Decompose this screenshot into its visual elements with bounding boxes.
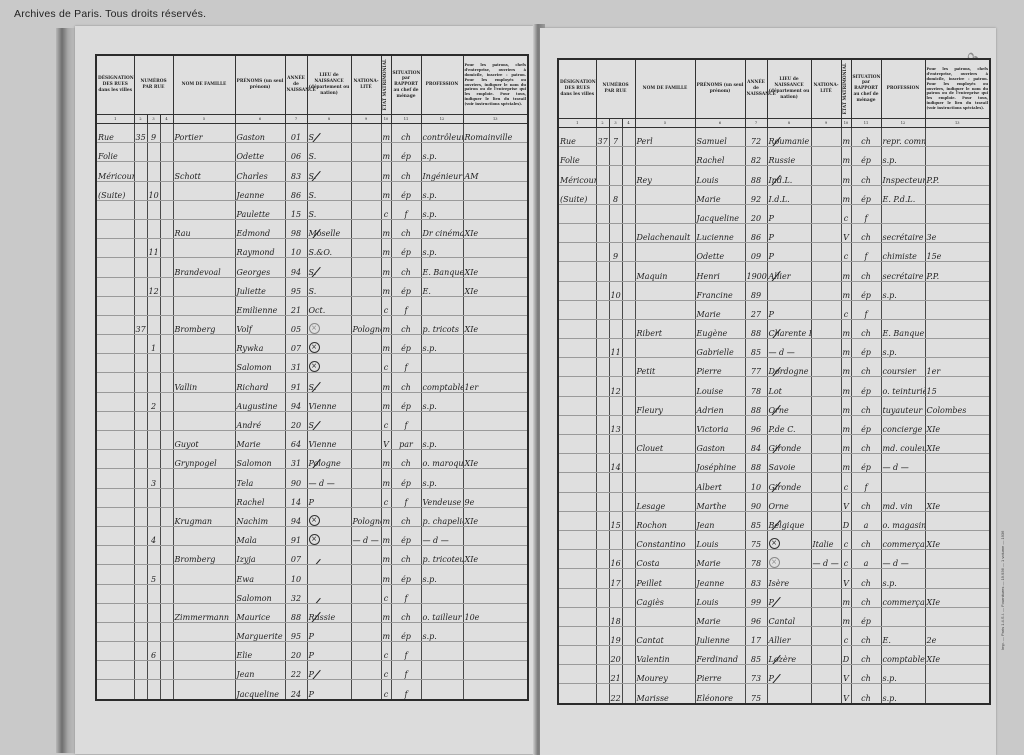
maison-number (596, 684, 609, 704)
individu-number (160, 373, 173, 392)
workplace: 15 (925, 377, 990, 396)
birth-place: × (307, 507, 351, 526)
header-note: Pour les patrons, chefs d'entreprise, ou… (925, 59, 990, 119)
birth-place: S. (307, 143, 351, 162)
column-number: 8 (767, 119, 811, 128)
marital-status: m (381, 258, 391, 277)
workplace (925, 300, 990, 319)
birth-place: P.de C. (767, 415, 811, 434)
table-row: KrugmanNachim94×Polognemchp. chapelierXI… (96, 507, 528, 526)
maison-number (596, 243, 609, 262)
workplace (463, 565, 528, 584)
nationality (811, 646, 841, 665)
household-relation: ch (851, 569, 881, 588)
workplace: XIe (463, 277, 528, 296)
family-name (173, 469, 235, 488)
nationality (351, 603, 381, 622)
workplace: XIe (925, 530, 990, 549)
individu-number (160, 661, 173, 680)
nationality (811, 396, 841, 415)
birth-place: Orne (767, 396, 811, 415)
household-relation: ch (851, 530, 881, 549)
menage-number (147, 507, 160, 526)
profession: s.p. (421, 431, 463, 450)
street-cell (96, 450, 134, 469)
birth-place: Allier (767, 626, 811, 645)
birth-place: — d — (767, 339, 811, 358)
marital-status: c (381, 661, 391, 680)
nationality (351, 680, 381, 700)
menage-number (609, 435, 622, 454)
workplace: P.P. (925, 166, 990, 185)
profession (881, 204, 925, 223)
household-relation: f (391, 200, 421, 219)
family-name: Peillet (635, 569, 695, 588)
household-relation: f (391, 584, 421, 603)
menage-number (147, 622, 160, 641)
nationality (351, 124, 381, 143)
street-cell (558, 492, 596, 511)
birth-place: Dordogne (767, 358, 811, 377)
census-table-left: DÉSIGNATION DES RUES dans les villes NUM… (95, 54, 529, 701)
first-name: Rachel (695, 147, 745, 166)
maison-number (134, 392, 147, 411)
birth-place: P (767, 204, 811, 223)
individu-number (622, 646, 635, 665)
individu-number (160, 603, 173, 622)
profession: s.p. (881, 665, 925, 684)
household-relation: ch (851, 646, 881, 665)
maison-number (134, 373, 147, 392)
nationality (811, 454, 841, 473)
birth-year: 92 (745, 185, 767, 204)
birth-place: P (307, 661, 351, 680)
individu-number (160, 411, 173, 430)
profession (881, 473, 925, 492)
street-cell (96, 488, 134, 507)
profession (421, 680, 463, 700)
first-name: Gaston (235, 124, 285, 143)
nationality (811, 128, 841, 147)
menage-number (147, 431, 160, 450)
marital-status: m (381, 239, 391, 258)
individu-number (622, 128, 635, 147)
individu-number (160, 488, 173, 507)
table-row: 19CantatJulienne17AlliercchE.2e (558, 626, 990, 645)
header-annee: ANNÉE de NAISSANCE (745, 59, 767, 119)
column-number: 12 (881, 119, 925, 128)
household-relation: ch (391, 373, 421, 392)
menage-number: 9 (609, 243, 622, 262)
first-name: Lucienne (695, 223, 745, 242)
marital-status: m (841, 262, 851, 281)
birth-place: S.&O. (307, 239, 351, 258)
menage-number (147, 603, 160, 622)
workplace (463, 661, 528, 680)
birth-year: 64 (285, 431, 307, 450)
individu-number (622, 223, 635, 242)
maison-number (596, 396, 609, 415)
birth-year: 99 (745, 588, 767, 607)
first-name: Jeanne (695, 569, 745, 588)
workplace (925, 454, 990, 473)
nationality (351, 546, 381, 565)
household-relation: ép (851, 281, 881, 300)
marital-status: m (381, 335, 391, 354)
table-row: 13Victoria96P.de C.mépconciergeXIe (558, 415, 990, 434)
street-cell (96, 584, 134, 603)
birth-year: 83 (285, 162, 307, 181)
menage-number (147, 373, 160, 392)
street-cell (558, 300, 596, 319)
maison-number (134, 680, 147, 700)
individu-number (622, 607, 635, 626)
maison-number (134, 450, 147, 469)
nationality (351, 450, 381, 469)
street-cell (96, 335, 134, 354)
marital-status: m (381, 526, 391, 545)
first-name: Gaston (695, 435, 745, 454)
table-row: MéricourtSchottCharles83S.mchIngénieurAM (96, 162, 528, 181)
maison-number (596, 626, 609, 645)
household-relation: f (851, 243, 881, 262)
workplace (925, 147, 990, 166)
nationality (351, 200, 381, 219)
nationality (351, 411, 381, 430)
street-cell (96, 219, 134, 238)
crossed-circle-icon: × (309, 515, 320, 526)
street-cell (558, 358, 596, 377)
marital-status: V (381, 431, 391, 450)
household-relation: ép (851, 339, 881, 358)
birth-year: 78 (745, 550, 767, 569)
nationality (351, 277, 381, 296)
table-row: RauEdmond98MosellemchDr cinémaXIe (96, 219, 528, 238)
first-name: Pierre (695, 665, 745, 684)
table-row: 12Louise78Lotmépo. teinturière15 (558, 377, 990, 396)
column-number: 9 (351, 115, 381, 124)
profession: chimiste (881, 243, 925, 262)
household-relation: ch (391, 124, 421, 143)
street-cell (558, 262, 596, 281)
table-row: CagièsLouis99PmchcommerçantXIe (558, 588, 990, 607)
street-cell (96, 392, 134, 411)
profession: s.p. (421, 335, 463, 354)
menage-number (147, 296, 160, 315)
workplace (463, 431, 528, 450)
workplace: XIe (925, 588, 990, 607)
first-name: Eléonore (695, 684, 745, 704)
household-relation: f (391, 296, 421, 315)
street-cell (96, 642, 134, 661)
individu-number (622, 166, 635, 185)
nationality (351, 258, 381, 277)
table-row: BrandevoalGeorges94S.mchE. BanqueXIe (96, 258, 528, 277)
marital-status: m (841, 588, 851, 607)
menage-number: 2 (147, 392, 160, 411)
birth-year: 82 (745, 147, 767, 166)
individu-number (160, 200, 173, 219)
first-name: Julienne (695, 626, 745, 645)
birth-place (307, 546, 351, 565)
menage-number: 10 (609, 281, 622, 300)
table-row: 10Francine89méps.p. (558, 281, 990, 300)
maison-number (596, 569, 609, 588)
first-name: Tela (235, 469, 285, 488)
menage-number (147, 219, 160, 238)
street-cell: Méricourt (96, 162, 134, 181)
maison-number (596, 185, 609, 204)
marital-status: m (841, 435, 851, 454)
table-row: 18Marie96Cantalmép (558, 607, 990, 626)
birth-place (307, 584, 351, 603)
marital-status: m (381, 143, 391, 162)
first-name: Louis (695, 530, 745, 549)
table-row: 22MarisseEléonore75Vchs.p. (558, 684, 990, 704)
column-number: 3 (609, 119, 622, 128)
maison-number (134, 565, 147, 584)
table-row: GuyotMarie64VienneVpars.p. (96, 431, 528, 450)
street-cell (96, 239, 134, 258)
marital-status: m (381, 603, 391, 622)
birth-place: Orne (767, 492, 811, 511)
street-cell (96, 431, 134, 450)
household-relation: ch (851, 128, 881, 147)
individu-number (622, 204, 635, 223)
birth-year: 96 (745, 415, 767, 434)
workplace: XIe (463, 546, 528, 565)
household-relation: ép (851, 147, 881, 166)
marital-status: m (381, 277, 391, 296)
profession (421, 642, 463, 661)
birth-year: 20 (285, 642, 307, 661)
column-number: 3 (147, 115, 160, 124)
census-table-right: DÉSIGNATION DES RUES dans les villes NUM… (557, 58, 991, 705)
family-name (635, 415, 695, 434)
column-number: 5 (173, 115, 235, 124)
individu-number (622, 185, 635, 204)
household-relation: ch (851, 166, 881, 185)
nationality (811, 492, 841, 511)
maison-number (134, 335, 147, 354)
profession: Inspecteur (881, 166, 925, 185)
table-row: 16CostaMarie78×— d —ca— d — (558, 550, 990, 569)
street-cell (558, 281, 596, 300)
profession: s.p. (421, 200, 463, 219)
household-relation: ch (851, 626, 881, 645)
profession: E. Banque (421, 258, 463, 277)
birth-place: S. (307, 258, 351, 277)
profession: md. couleurs (881, 435, 925, 454)
marital-status: m (841, 185, 851, 204)
birth-year: 90 (745, 492, 767, 511)
profession: p. tricoteur (421, 546, 463, 565)
street-cell (558, 396, 596, 415)
marital-status: m (381, 162, 391, 181)
birth-year: 10 (285, 565, 307, 584)
household-relation: ch (391, 162, 421, 181)
maison-number (596, 492, 609, 511)
profession: secrétaire (881, 262, 925, 281)
maison-number (596, 511, 609, 530)
workplace (463, 584, 528, 603)
header-etat: ÉTAT MATRIMONIAL (381, 55, 391, 115)
marital-status: c (841, 626, 851, 645)
workplace (463, 526, 528, 545)
workplace (463, 392, 528, 411)
first-name: Edmond (235, 219, 285, 238)
individu-number (622, 435, 635, 454)
household-relation: f (851, 300, 881, 319)
individu-number (160, 680, 173, 700)
family-name (635, 147, 695, 166)
household-relation: ép (391, 335, 421, 354)
menage-number: 14 (609, 454, 622, 473)
profession: E. P.d.L. (881, 185, 925, 204)
nationality (811, 147, 841, 166)
family-name (173, 239, 235, 258)
menage-number (147, 200, 160, 219)
marital-status: m (381, 507, 391, 526)
family-name (173, 622, 235, 641)
workplace (925, 607, 990, 626)
profession: p. tricots (421, 315, 463, 334)
profession: comptable (881, 646, 925, 665)
family-name (173, 565, 235, 584)
birth-year: 88 (285, 603, 307, 622)
birth-year: 1900 (745, 262, 767, 281)
profession: contrôleur (421, 124, 463, 143)
workplace: XIe (463, 450, 528, 469)
birth-place: Russie (767, 147, 811, 166)
table-row: RibertEugène88Charente Inf.mchE. Banque (558, 319, 990, 338)
maison-number (596, 454, 609, 473)
individu-number (160, 124, 173, 143)
birth-place: Vienne (307, 392, 351, 411)
birth-year: 94 (285, 258, 307, 277)
street-cell (558, 243, 596, 262)
birth-place: Moselle (307, 219, 351, 238)
household-relation: ch (851, 396, 881, 415)
family-name (635, 339, 695, 358)
header-designation: DÉSIGNATION DES RUES dans les villes (558, 59, 596, 119)
profession: s.p. (421, 239, 463, 258)
family-name (635, 607, 695, 626)
profession: Dr cinéma (421, 219, 463, 238)
crossed-circle-icon: × (309, 361, 320, 372)
table-row: 11Gabrielle85— d —méps.p. (558, 339, 990, 358)
marital-status: m (381, 373, 391, 392)
household-relation: ép (391, 239, 421, 258)
family-name (173, 661, 235, 680)
birth-year: 15 (285, 200, 307, 219)
birth-year: 86 (285, 181, 307, 200)
header-prenoms: PRÉNOMS (un seul prénom) (695, 59, 745, 119)
nationality (811, 262, 841, 281)
individu-number (622, 473, 635, 492)
nationality (351, 565, 381, 584)
workplace (463, 411, 528, 430)
nationality (811, 684, 841, 704)
marital-status: m (841, 147, 851, 166)
street-cell (558, 204, 596, 223)
birth-place: Ind.L. (767, 166, 811, 185)
family-name (635, 281, 695, 300)
header-lieu: LIEU de NAISSANCE (département ou nation… (307, 55, 351, 115)
household-relation: f (851, 204, 881, 223)
street-cell (558, 454, 596, 473)
individu-number (622, 415, 635, 434)
household-relation: ép (391, 469, 421, 488)
workplace: XIe (463, 315, 528, 334)
first-name: Louise (695, 377, 745, 396)
column-number: 13 (925, 119, 990, 128)
maison-number (596, 339, 609, 358)
profession: — d — (881, 550, 925, 569)
marital-status: m (841, 319, 851, 338)
workplace: 2e (925, 626, 990, 645)
birth-year: 77 (745, 358, 767, 377)
table-row: Rue359PortierGaston01S.mchcontrôleurRoma… (96, 124, 528, 143)
crossed-circle-icon: × (769, 557, 780, 568)
birth-year: 07 (285, 335, 307, 354)
birth-year: 05 (285, 315, 307, 334)
maison-number (134, 277, 147, 296)
marital-status: m (841, 166, 851, 185)
workplace (463, 335, 528, 354)
profession: Ingénieur (421, 162, 463, 181)
individu-number (160, 219, 173, 238)
birth-year: 14 (285, 488, 307, 507)
workplace (925, 684, 990, 704)
family-name: Rey (635, 166, 695, 185)
street-cell (558, 473, 596, 492)
street-cell: (Suite) (558, 185, 596, 204)
header-row: DÉSIGNATION DES RUES dans les villes NUM… (96, 55, 528, 115)
profession (881, 300, 925, 319)
menage-number (609, 492, 622, 511)
nationality: — d — (811, 550, 841, 569)
individu-number (160, 469, 173, 488)
nationality (351, 661, 381, 680)
workplace (463, 354, 528, 373)
family-name (173, 584, 235, 603)
family-name (173, 296, 235, 315)
maison-number (134, 507, 147, 526)
marital-status: V (841, 684, 851, 704)
family-name (173, 488, 235, 507)
birth-year: 20 (285, 411, 307, 430)
street-cell (96, 507, 134, 526)
birth-place: S. (307, 200, 351, 219)
maison-number (134, 200, 147, 219)
maison-number (134, 219, 147, 238)
family-name: Krugman (173, 507, 235, 526)
first-name: Rachel (235, 488, 285, 507)
birth-place: I.d.L. (767, 185, 811, 204)
street-cell (96, 680, 134, 700)
table-row: 11Raymond10S.&O.méps.p. (96, 239, 528, 258)
first-name: Louis (695, 588, 745, 607)
birth-year: 73 (745, 665, 767, 684)
birth-year: 91 (285, 373, 307, 392)
table-row: ZimmermannMaurice88Russiemcho. tailleur1… (96, 603, 528, 622)
family-name: Bromberg (173, 315, 235, 334)
household-relation: f (391, 354, 421, 373)
household-relation: ép (391, 622, 421, 641)
nationality: Italie (811, 530, 841, 549)
column-number: 7 (745, 119, 767, 128)
